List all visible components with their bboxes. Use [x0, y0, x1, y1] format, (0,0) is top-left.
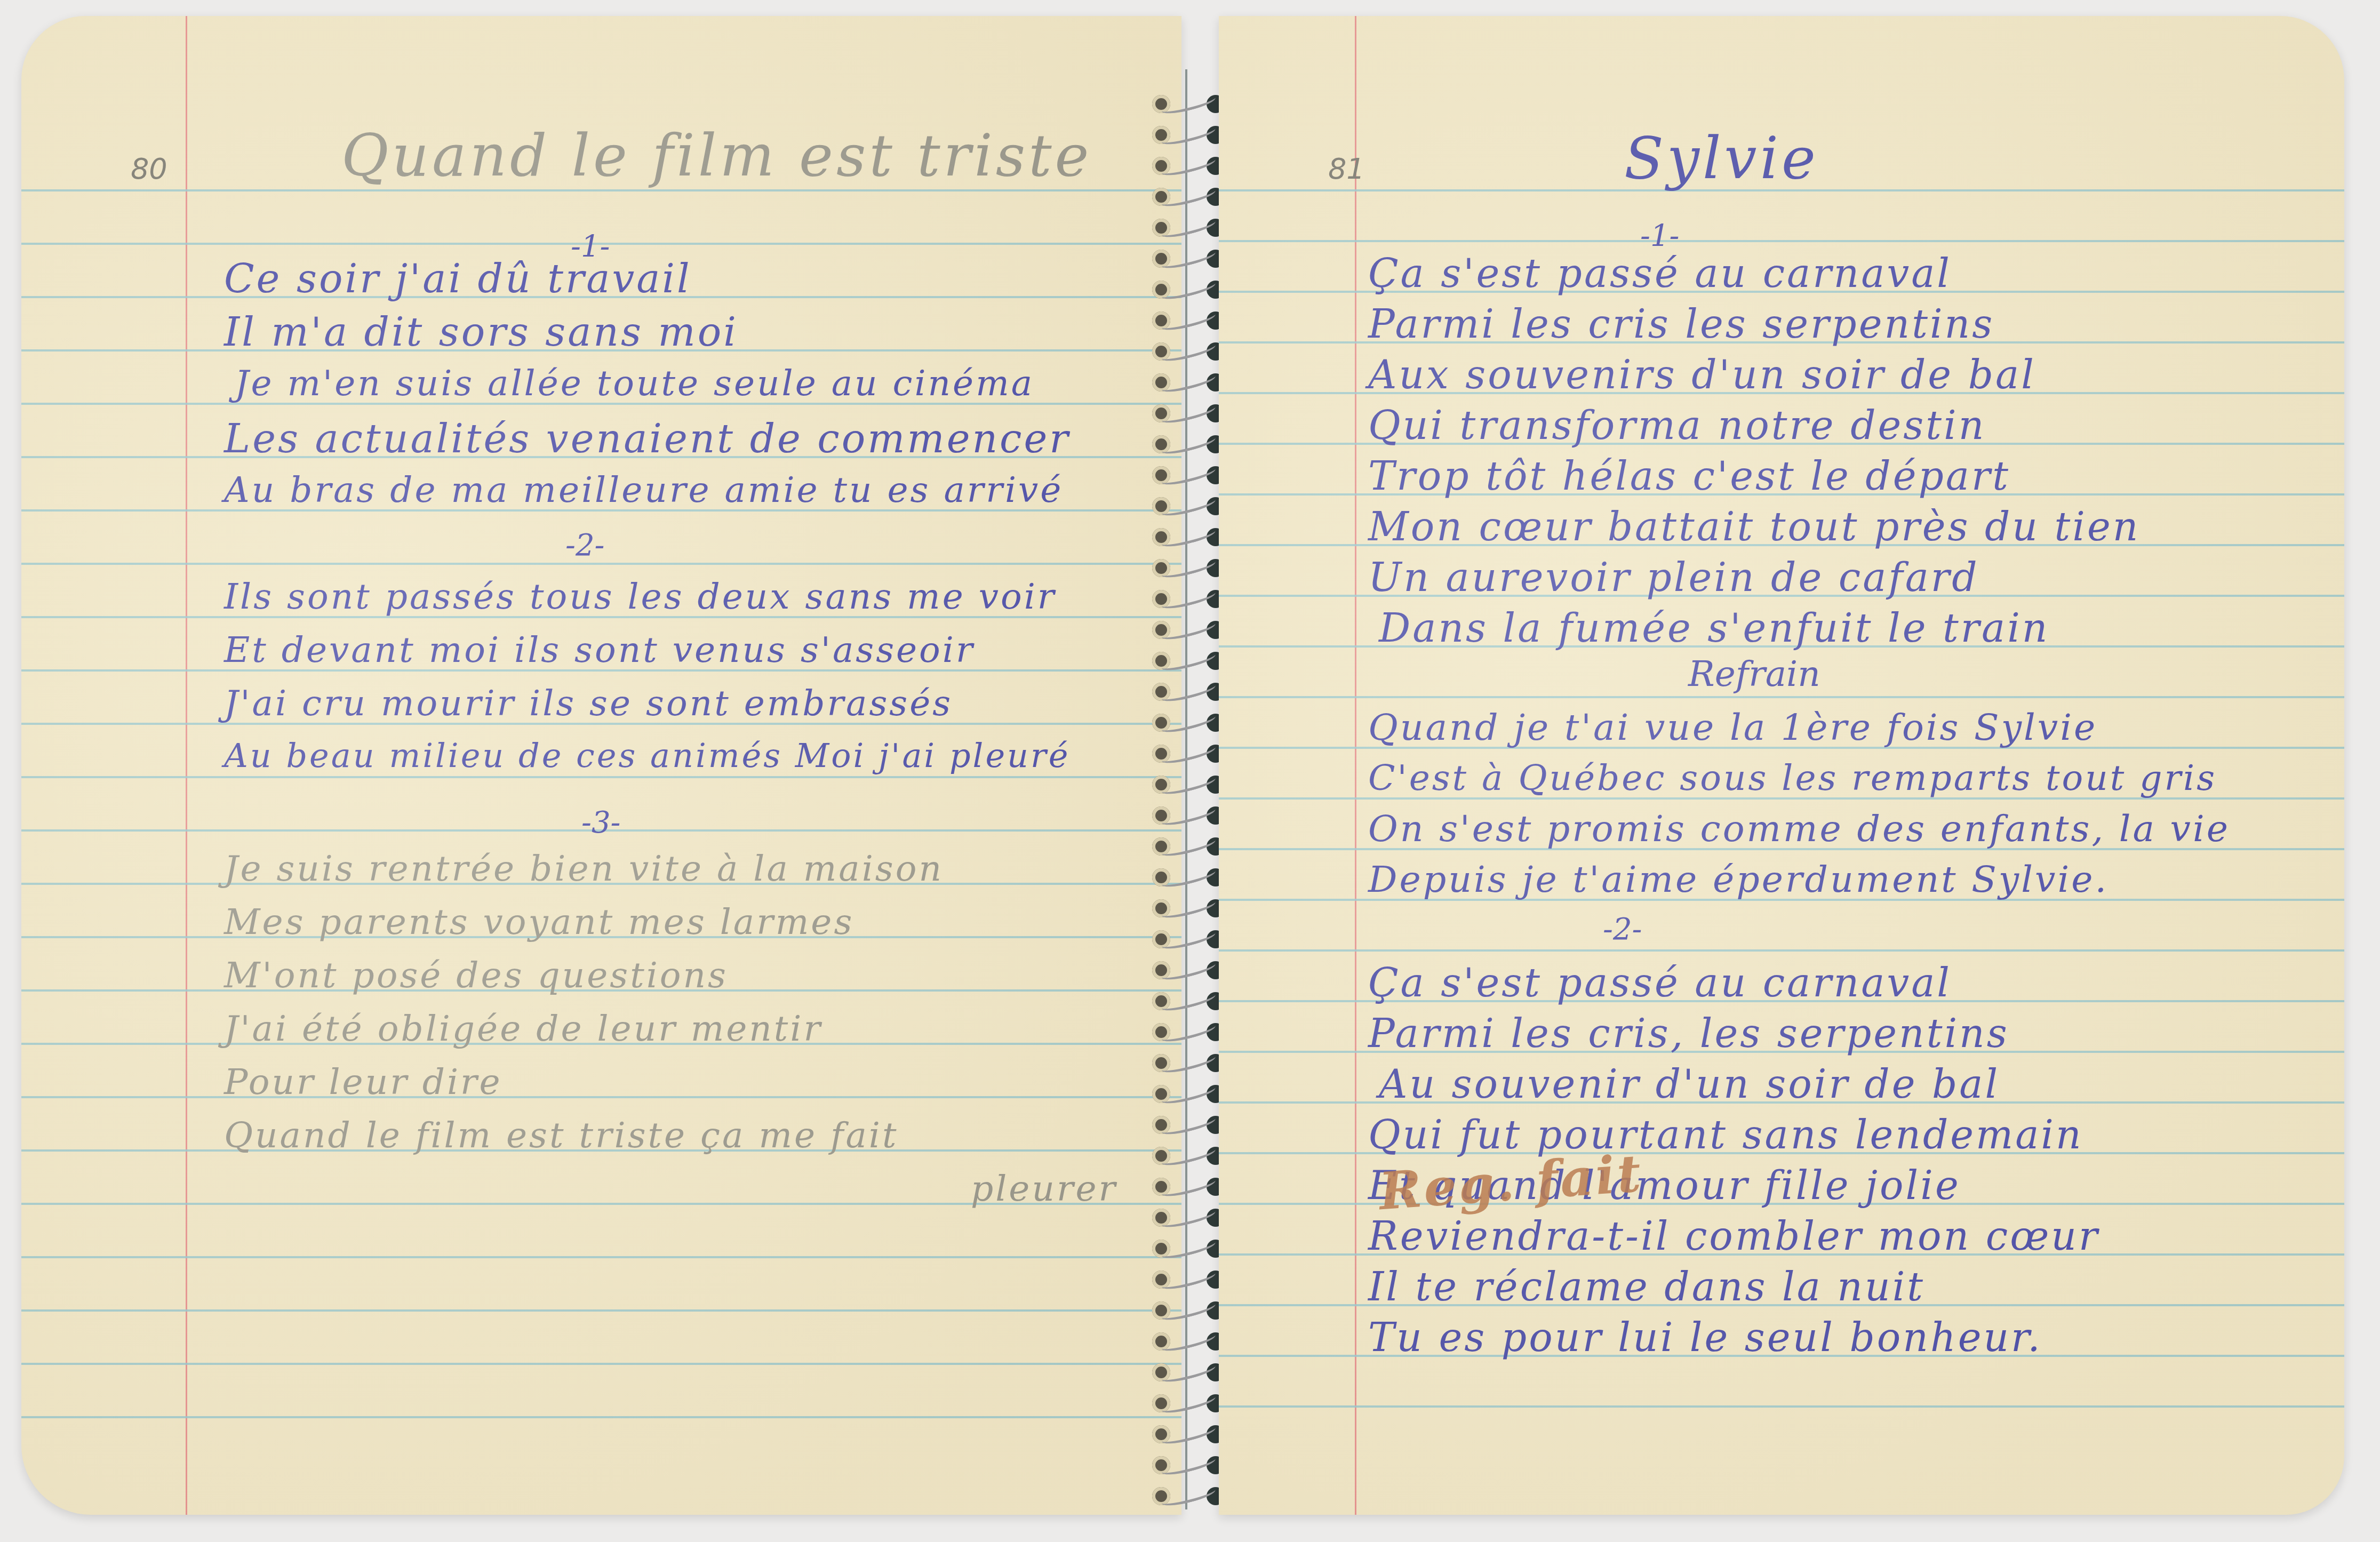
spiral-coil-icon	[1147, 91, 1227, 115]
lyric-line: Ça s'est passé au carnaval	[1368, 251, 1952, 297]
spiral-coil-icon	[1147, 957, 1227, 981]
page-number: 81	[1328, 152, 1365, 186]
spiral-coil-icon	[1147, 431, 1227, 456]
lyric-line: Dans la fumée s'enfuit le train	[1379, 605, 2050, 651]
refrain-label: Refrain	[1688, 653, 1820, 694]
lyric-line: Quand je t'ai vue la 1ère fois Sylvie	[1368, 707, 2097, 749]
spiral-coil-icon	[1147, 1359, 1227, 1384]
lyric-line: Pour leur dire	[224, 1061, 502, 1102]
lyric-line: pleurer	[971, 1168, 1117, 1209]
spiral-coil-icon	[1147, 864, 1227, 889]
spiral-coil-icon	[1147, 1297, 1227, 1322]
spiral-coil-icon	[1147, 369, 1227, 394]
lyric-line: Aux souvenirs d'un soir de bal	[1368, 352, 2036, 398]
lyric-line: Trop tôt hélas c'est le départ	[1368, 453, 2010, 499]
verse-number: -1-	[1640, 219, 1679, 253]
spiral-coil-icon	[1147, 214, 1227, 239]
spiral-coil-icon	[1147, 586, 1227, 610]
left-page: 80 Quand le film est triste -1- Ce soir …	[21, 16, 1181, 1515]
right-page: 81 Sylvie -1- Ça s'est passé au carnaval…	[1219, 16, 2344, 1515]
lyric-line: Tu es pour lui le seul bonheur.	[1368, 1315, 2042, 1361]
lyric-line: Parmi les cris les serpentins	[1368, 301, 1994, 347]
lyric-line: Je m'en suis allée toute seule au cinéma	[235, 363, 1034, 404]
lyric-line: J'ai cru mourir ils se sont embrassés	[224, 683, 953, 724]
spiral-coil-icon	[1147, 709, 1227, 734]
lyric-line: Et devant moi ils sont venus s'asseoir	[224, 629, 975, 670]
lyric-line: Qui fut pourtant sans lendemain	[1368, 1112, 2083, 1158]
spiral-coil-icon	[1147, 740, 1227, 765]
lyric-line: C'est à Québec sous les remparts tout gr…	[1368, 757, 2217, 798]
spiral-coil-icon	[1147, 307, 1227, 332]
rule-line	[21, 1363, 1181, 1365]
verse-number: -2-	[1603, 912, 1642, 947]
spiral-coil-icon	[1147, 1081, 1227, 1105]
lyric-line: Ce soir j'ai dû travail	[224, 256, 692, 302]
lyric-line: Depuis je t'aime éperdument Sylvie.	[1368, 859, 2109, 901]
lyric-line: Au beau milieu de ces animés Moi j'ai pl…	[224, 736, 1070, 775]
spiral-coil-icon	[1147, 153, 1227, 177]
page-number: 80	[131, 152, 167, 186]
spiral-coil-icon	[1147, 400, 1227, 425]
spiral-coil-icon	[1147, 276, 1227, 301]
spiral-coil-icon	[1147, 771, 1227, 796]
lyric-line: Il m'a dit sors sans moi	[224, 309, 738, 355]
spiral-coil-icon	[1147, 802, 1227, 827]
rule-line	[1219, 949, 2344, 952]
rule-line	[1219, 240, 2344, 242]
spiral-coil-icon	[1147, 493, 1227, 517]
spiral-coil-icon	[1147, 1112, 1227, 1136]
rule-line	[21, 563, 1181, 565]
lyric-line: Ils sont passés tous les deux sans me vo…	[224, 576, 1056, 617]
spiral-coil-icon	[1147, 245, 1227, 270]
spiral-coil-icon	[1147, 338, 1227, 363]
lyric-line: Parmi les cris, les serpentins	[1368, 1011, 2009, 1057]
spiral-coil-icon	[1147, 1173, 1227, 1198]
lyric-line: Quand le film est triste ça me fait	[224, 1115, 898, 1156]
spiral-coil-icon	[1147, 1019, 1227, 1043]
lyric-line: J'ai été obligée de leur mentir	[224, 1008, 822, 1049]
spiral-coil-icon	[1147, 1235, 1227, 1260]
spiral-coil-icon	[1147, 617, 1227, 641]
spiral-coil-icon	[1147, 1452, 1227, 1476]
spiral-coil-icon	[1147, 1421, 1227, 1445]
rule-line	[21, 1096, 1181, 1098]
lyric-line: Mon cœur battait tout près du tien	[1368, 504, 2140, 550]
lyric-line: M'ont posé des questions	[224, 955, 728, 996]
spiral-coil-icon	[1147, 895, 1227, 920]
lyric-line: Un aurevoir plein de cafard	[1368, 555, 1979, 601]
spiral-coil-icon	[1147, 555, 1227, 579]
spiral-coil-icon	[1147, 988, 1227, 1012]
lyric-line: Ça s'est passé au carnaval	[1368, 960, 1952, 1006]
lyric-line: Je suis rentrée bien vite à la maison	[224, 848, 944, 889]
song-title: Sylvie	[1624, 125, 1819, 192]
margin-line	[186, 16, 187, 1515]
spiral-coil-icon	[1147, 648, 1227, 672]
rule-line	[21, 1256, 1181, 1258]
spiral-coil-icon	[1147, 1328, 1227, 1353]
spiral-coil-icon	[1147, 678, 1227, 703]
verse-number: -2-	[565, 528, 604, 563]
spiral-coil-icon	[1147, 524, 1227, 548]
spiral-coil-icon	[1147, 926, 1227, 950]
spiral-coil-icon	[1147, 1266, 1227, 1291]
spiral-coil-icon	[1147, 1142, 1227, 1167]
lyric-line: Les actualités venaient de commencer	[224, 416, 1071, 462]
spiral-coil-icon	[1147, 1050, 1227, 1074]
rule-line	[21, 1309, 1181, 1312]
spiral-coil-icon	[1147, 183, 1227, 208]
lyric-line: Mes parents voyant mes larmes	[224, 901, 854, 942]
spiral-coil-icon	[1147, 1483, 1227, 1507]
rule-line	[1219, 1405, 2344, 1408]
lyric-line: Il te réclame dans la nuit	[1368, 1264, 1925, 1310]
verse-number: -3-	[581, 805, 620, 840]
rule-line	[21, 189, 1181, 191]
spiral-coil-icon	[1147, 122, 1227, 146]
spiral-coil-icon	[1147, 462, 1227, 486]
spiral-coil-icon	[1147, 833, 1227, 858]
lyric-line: On s'est promis comme des enfants, la vi…	[1368, 808, 2230, 850]
lyric-line: Qui transforma notre destin	[1368, 403, 1986, 449]
rule-line	[21, 776, 1181, 778]
spiral-coil-icon	[1147, 1390, 1227, 1415]
rule-line	[21, 1416, 1181, 1418]
lyric-line: Reviendra-t-il combler mon cœur	[1368, 1213, 2099, 1259]
rule-line	[1219, 696, 2344, 698]
spiral-coil-icon	[1147, 1204, 1227, 1229]
lyric-line: Au souvenir d'un soir de bal	[1379, 1061, 2000, 1107]
song-title: Quand le film est triste	[341, 123, 1092, 189]
lyric-line: Au bras de ma meilleure amie tu es arriv…	[224, 469, 1063, 510]
